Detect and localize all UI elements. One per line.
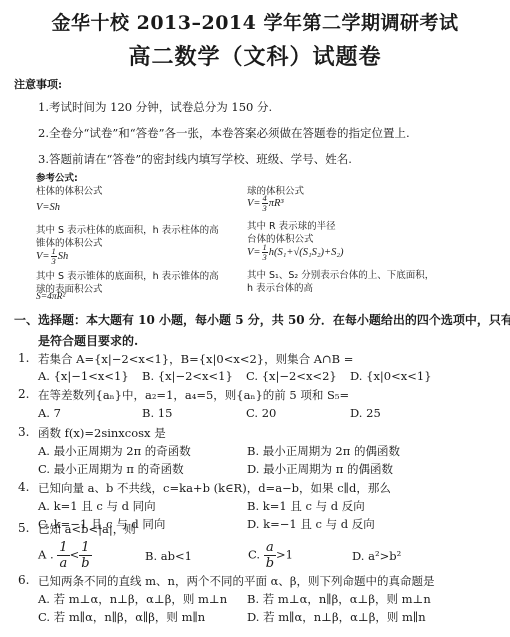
formula-suffix: h(S₁+√(S₁S₂)+S₂): [269, 247, 344, 258]
option-a[interactable]: A. {x|−1<x<1}: [38, 369, 129, 383]
fraction-num: a: [264, 540, 276, 556]
option-d[interactable]: D. 若 m∥α，n⊥β，α⊥β，则 m∥n: [247, 609, 426, 625]
notice-item-2: 2.全卷分“试卷”和“答卷”各一张，本卷答案必须做在答题卷的指定位置上.: [38, 125, 410, 141]
option-d[interactable]: D. 25: [350, 406, 381, 420]
option-label: A .: [38, 548, 54, 562]
option-a[interactable]: A. 若 m⊥α，n⊥β，α⊥β，则 m⊥n: [38, 591, 227, 607]
option-a[interactable]: A. k=1 且 c 与 d 同向: [38, 498, 156, 514]
exam-title: 金华十校 2013–2014 学年第二学期调研考试: [0, 8, 510, 35]
question-number: 3.: [18, 425, 29, 439]
question-text: 若集合 A={x|−2<x<1}，B={x|0<x<2}，则集合 A∩B =: [38, 351, 353, 367]
question-number: 2.: [18, 387, 29, 401]
option-c[interactable]: C. 若 m∥α，n∥β，α∥β，则 m∥n: [38, 609, 205, 625]
formula-suffix: πR³: [269, 198, 284, 209]
cone-note: 其中 S 表示锥体的底面积，h 表示锥体的高: [36, 268, 219, 282]
question-text: 在等差数列{aₙ}中，a₂=1，a₄=5，则{aₙ}的前 5 项和 S₅=: [38, 387, 349, 403]
frustum-note-1: 其中 S₁、S₂ 分别表示台体的上、下底面积，: [247, 267, 434, 281]
sphere-volume-formula: V=43πR³: [247, 194, 284, 213]
option-c[interactable]: C. {x|−2<x<2}: [246, 369, 337, 383]
notice-heading: 注意事项:: [14, 76, 62, 92]
question-text: 函数 f(x)=2sinxcosx 是: [38, 425, 166, 441]
option-b[interactable]: B. k=1 且 c 与 d 反向: [247, 498, 365, 514]
question-text: 已知向量 a、b 不共线，c=ka+b (k∈R)，d=a−b，如果 c∥d，那…: [38, 480, 391, 496]
option-label: C.: [248, 548, 260, 562]
option-d[interactable]: D. 最小正周期为 π 的偶函数: [247, 461, 393, 477]
fraction-den: a: [57, 556, 69, 571]
formula-suffix: Sh: [58, 251, 69, 262]
prism-volume-formula: V=Sh: [36, 202, 60, 213]
notice-item-3: 3.答题前请在“答卷”的密封线内填写学校、班级、学号、姓名.: [38, 151, 352, 167]
option-b[interactable]: B. {x|−2<x<1}: [142, 369, 233, 383]
question-text: 已知 a<b<|a|，则: [38, 521, 136, 537]
fraction-num: 1: [79, 540, 91, 556]
formula-prefix: V=: [36, 251, 50, 262]
formula-prefix: V=: [247, 198, 261, 209]
option-d[interactable]: D. k=−1 且 c 与 d 反向: [247, 516, 375, 532]
option-b[interactable]: B. 15: [142, 406, 172, 420]
fraction-den: 3: [51, 257, 57, 266]
fraction-num: 1: [57, 540, 69, 556]
question-number: 6.: [18, 573, 29, 587]
fraction-den: 3: [262, 204, 268, 213]
question-number: 5.: [18, 521, 29, 535]
option-a[interactable]: A. 最小正周期为 2π 的奇函数: [38, 443, 191, 459]
question-number: 4.: [18, 480, 29, 494]
exam-subtitle: 高二数学（文科）试题卷: [0, 40, 510, 71]
option-b[interactable]: B. ab<1: [145, 549, 192, 563]
frustum-volume-formula: V=13h(S₁+√(S₁S₂)+S₂): [247, 243, 344, 262]
reference-heading: 参考公式:: [36, 170, 78, 184]
formula-prefix: V=: [247, 247, 261, 258]
notice-item-1: 1.考试时间为 120 分钟，试卷总分为 150 分.: [38, 99, 272, 115]
operator: <: [70, 548, 80, 562]
cone-volume-formula: V=13Sh: [36, 247, 68, 266]
option-a[interactable]: A. 7: [38, 406, 61, 420]
sphere-note: 其中 R 表示球的半径: [247, 218, 336, 232]
fraction-den: 3: [262, 253, 268, 262]
fraction: 13: [262, 243, 268, 262]
question-text: 已知两条不同的直线 m、n，两个不同的平面 α、β，则下列命题中的真命题是: [38, 573, 435, 589]
option-c[interactable]: C. 20: [246, 406, 276, 420]
inequality-rest: >1: [276, 548, 293, 562]
option-b[interactable]: B. 最小正周期为 2π 的偶函数: [247, 443, 400, 459]
sphere-area-formula: S=4πR²: [36, 292, 65, 302]
prism-volume-title: 柱体的体积公式: [36, 183, 103, 197]
fraction-den: b: [79, 556, 91, 571]
frustum-note-2: h 表示台体的高: [247, 280, 313, 294]
option-a[interactable]: A . 1a<1b: [38, 540, 92, 571]
fraction-den: b: [264, 556, 276, 571]
option-d[interactable]: D. {x|0<x<1}: [350, 369, 432, 383]
option-c[interactable]: C. 最小正周期为 π 的奇函数: [38, 461, 184, 477]
fraction: ab: [264, 540, 276, 571]
prism-note: 其中 S 表示柱体的底面积，h 表示柱体的高: [36, 222, 219, 236]
fraction: 1b: [79, 540, 91, 571]
option-b[interactable]: B. 若 m⊥α，n∥β，α⊥β，则 m⊥n: [247, 591, 431, 607]
option-c[interactable]: C. ab>1: [248, 540, 293, 571]
fraction: 43: [262, 194, 268, 213]
section-heading-cont: 是符合题目要求的.: [38, 332, 138, 349]
section-heading: 一、选择题：本大题有 10 小题，每小题 5 分，共 50 分．在每小题给出的四…: [14, 311, 510, 328]
fraction: 13: [51, 247, 57, 266]
question-number: 1.: [18, 351, 29, 365]
fraction: 1a: [57, 540, 69, 571]
option-d[interactable]: D. a²>b²: [352, 549, 401, 563]
